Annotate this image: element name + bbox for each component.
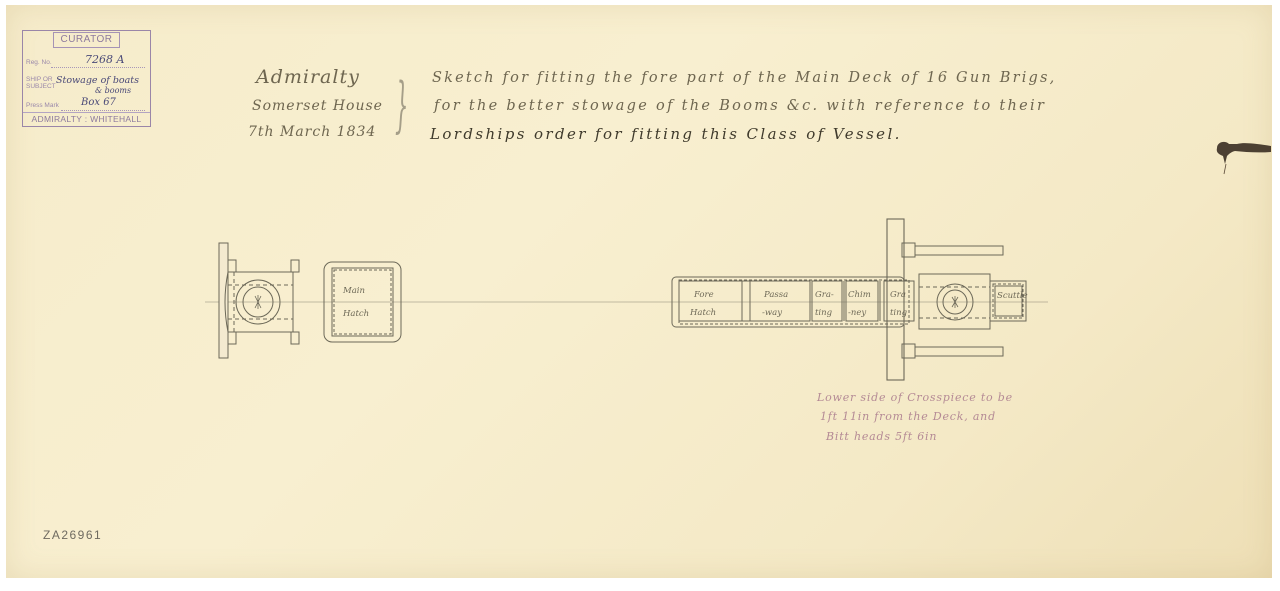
compartment-5-label-2: ting — [890, 308, 908, 318]
compartment-1-label-1: Fore — [693, 290, 714, 300]
compartment-4-label-1: Chim — [848, 290, 871, 300]
compartment-4-label-2: -ney — [848, 308, 866, 318]
deck-plan-drawing: Main Hatch Fore Hatch Passa -way Gra- ti… — [0, 0, 1280, 591]
compartment-5-label-1: Gra — [890, 290, 906, 300]
annotation-line-1: Lower side of Crosspiece to be — [817, 391, 1013, 404]
compartment-2-label-1: Passa — [763, 290, 788, 300]
scuttle-label: Scuttle — [997, 291, 1028, 301]
ink-stain — [1213, 138, 1273, 178]
main-hatch-label-2: Hatch — [342, 309, 369, 319]
compartment-1-label-2: Hatch — [689, 308, 716, 318]
compartment-3-label-2: ting — [815, 308, 833, 318]
compartment-2-label-2: -way — [762, 308, 782, 318]
annotation-line-3: Bitt heads 5ft 6in — [826, 430, 937, 443]
main-hatch-label-1: Main — [342, 286, 365, 296]
annotation-line-2: 1ft 11in from the Deck, and — [820, 410, 996, 423]
compartment-3-label-1: Gra- — [815, 290, 834, 300]
reference-number: ZA26961 — [43, 528, 102, 542]
